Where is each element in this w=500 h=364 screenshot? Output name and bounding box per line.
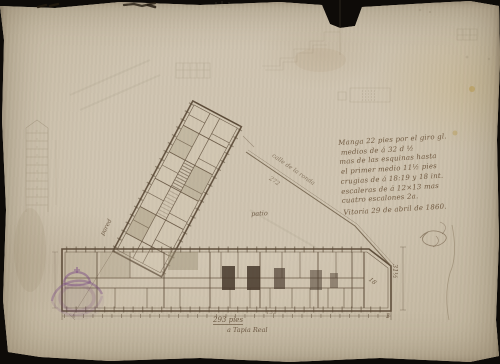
rubric-icon — [420, 222, 446, 247]
courtyard-label: patio — [251, 210, 268, 217]
mid-dimension-label: 132 — [266, 311, 277, 317]
ink-blot — [38, 3, 155, 7]
right-small-dimension-label: 3 — [386, 314, 390, 320]
scale-note-label: a Tapia Real — [227, 327, 268, 334]
photo-backdrop: Manga 22 pies por el giro gl. medios de … — [0, 0, 500, 364]
handwritten-note: Manga 22 pies por el giro gl. medios de … — [338, 130, 485, 218]
scale-length-label: 293 pies — [213, 317, 243, 325]
right-dimension-label: 31½ — [392, 264, 399, 279]
main-wing-plan — [62, 249, 391, 311]
pencil-sketch-elevation — [26, 120, 56, 212]
